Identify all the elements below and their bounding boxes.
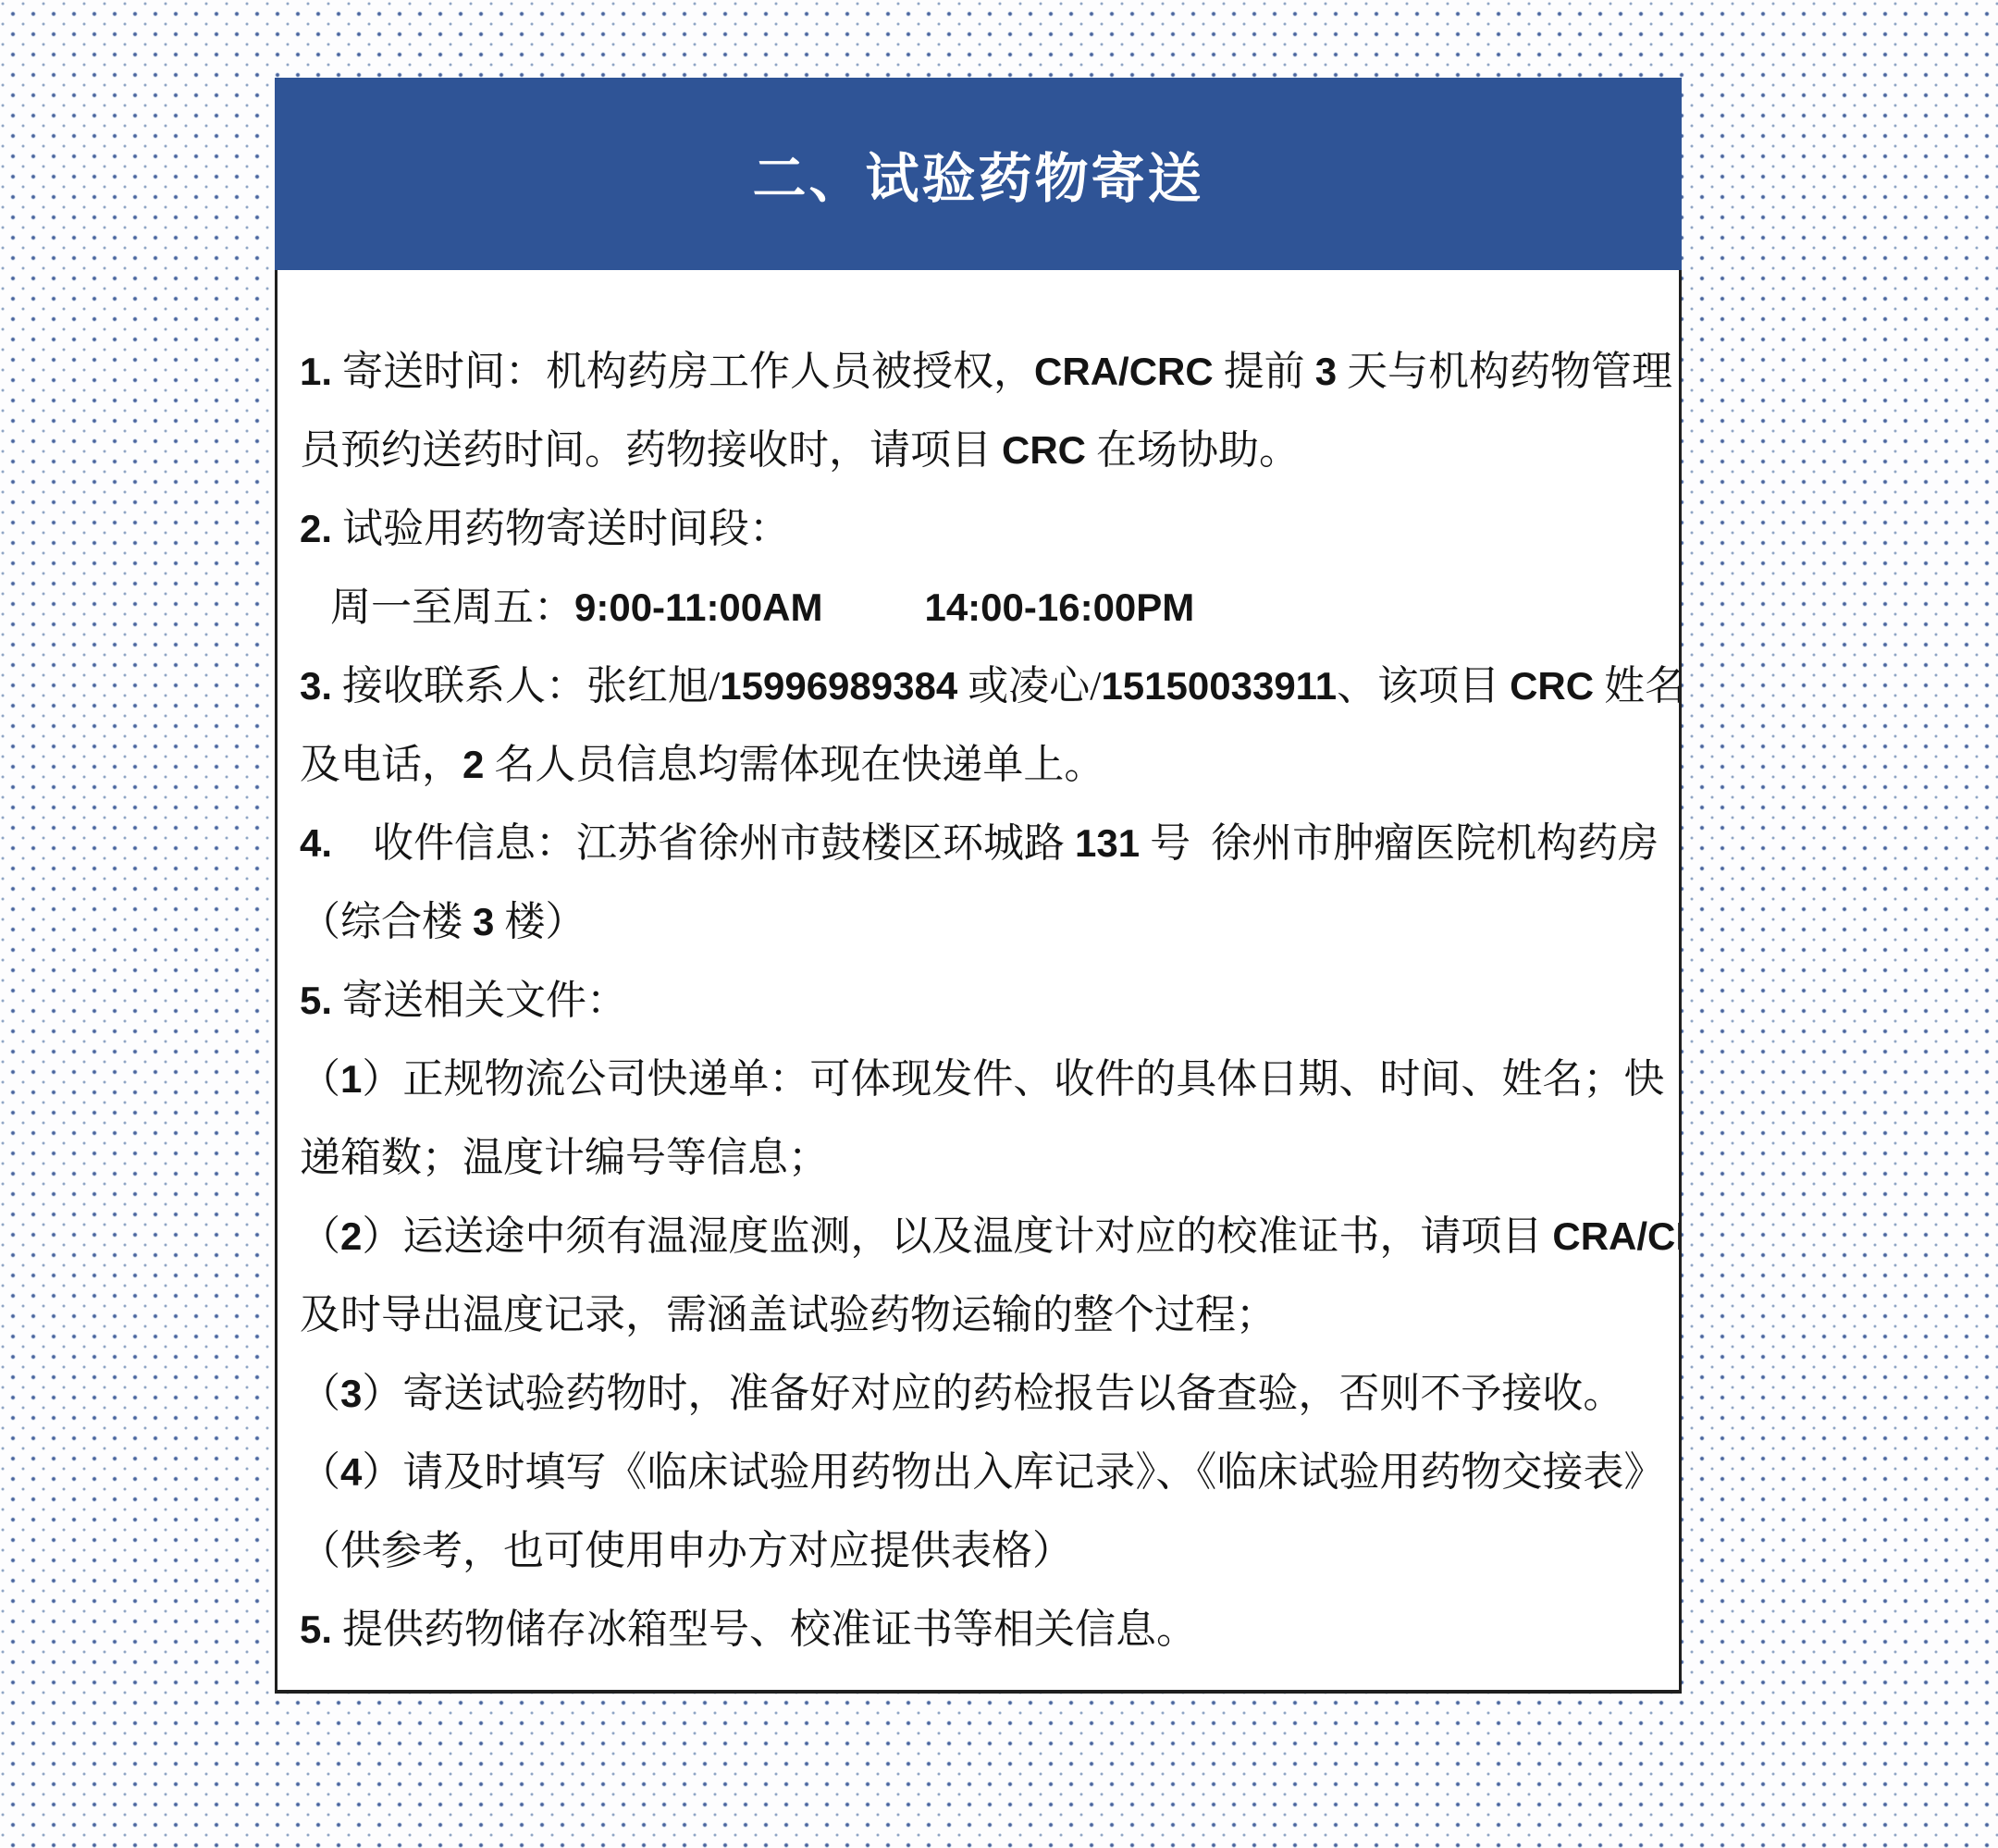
text-line: （综合楼 3 楼） bbox=[300, 882, 1655, 961]
latin-text: 3 bbox=[340, 1372, 362, 1415]
latin-text: 4 bbox=[340, 1450, 362, 1494]
page-title: 二、试验药物寄送 bbox=[752, 135, 1203, 213]
latin-text: 3. bbox=[300, 664, 332, 708]
text-line: 3. 接收联系人：张红旭/15996989384 或凌心/15150033911… bbox=[300, 647, 1655, 725]
text-line: 及时导出温度记录，需涵盖试验药物运输的整个过程； bbox=[300, 1275, 1655, 1354]
latin-text: 4. bbox=[300, 821, 332, 865]
latin-text: 3 bbox=[1315, 350, 1337, 393]
text-line: （供参考，也可使用申办方对应提供表格） bbox=[300, 1511, 1655, 1590]
latin-text: 2. bbox=[300, 507, 332, 550]
text-line: （1）正规物流公司快递单：可体现发件、收件的具体日期、时间、姓名；快 bbox=[300, 1040, 1655, 1118]
text-line: 4. 收件信息：江苏省徐州市鼓楼区环城路 131 号 徐州市肿瘤医院机构药房 bbox=[300, 804, 1655, 882]
text-line: （4）请及时填写《临床试验用药物出入库记录》、《临床试验用药物交接表》 bbox=[300, 1433, 1655, 1511]
latin-text: 2 bbox=[340, 1214, 362, 1258]
text-line: 5. 寄送相关文件： bbox=[300, 961, 1655, 1040]
text-line: 5. 提供药物储存冰箱型号、校准证书等相关信息。 bbox=[300, 1590, 1655, 1669]
text-line: 及电话，2 名人员信息均需体现在快递单上。 bbox=[300, 725, 1655, 804]
dotted-page-background: 二、试验药物寄送 1. 寄送时间：机构药房工作人员被授权，CRA/CRC 提前 … bbox=[0, 0, 1998, 1848]
card-body: 1. 寄送时间：机构药房工作人员被授权，CRA/CRC 提前 3 天与机构药物管… bbox=[275, 270, 1682, 1694]
text-line: 周一至周五：9:00-11:00AM 14:00-16:00PM bbox=[300, 568, 1655, 647]
latin-text: 15150033911 bbox=[1101, 664, 1337, 708]
latin-text: 5. bbox=[300, 979, 332, 1022]
latin-text: 1. bbox=[300, 350, 332, 393]
text-line: 递箱数；温度计编号等信息； bbox=[300, 1118, 1655, 1197]
latin-text: 5. bbox=[300, 1608, 332, 1651]
latin-text: 14:00-16:00PM bbox=[924, 585, 1194, 629]
text-line: （3）寄送试验药物时，准备好对应的药检报告以备查验，否则不予接收。 bbox=[300, 1354, 1655, 1433]
latin-text: CRA/CRC bbox=[1552, 1214, 1682, 1258]
latin-text: CRC bbox=[1002, 428, 1086, 472]
text-line: 2. 试验用药物寄送时间段： bbox=[300, 489, 1655, 568]
latin-text: CRA/CRC bbox=[1034, 350, 1214, 393]
text-line: （2）运送途中须有温湿度监测，以及温度计对应的校准证书，请项目 CRA/CRC bbox=[300, 1197, 1655, 1275]
card-title-bar: 二、试验药物寄送 bbox=[275, 78, 1682, 270]
latin-text: 1 bbox=[340, 1057, 362, 1101]
latin-text: 131 bbox=[1075, 821, 1140, 865]
latin-text: 15996989384 bbox=[720, 664, 957, 708]
text-line: 1. 寄送时间：机构药房工作人员被授权，CRA/CRC 提前 3 天与机构药物管… bbox=[300, 332, 1655, 411]
document-card: 二、试验药物寄送 1. 寄送时间：机构药房工作人员被授权，CRA/CRC 提前 … bbox=[275, 78, 1682, 1694]
text-line: 员预约送药时间。药物接收时，请项目 CRC 在场协助。 bbox=[300, 411, 1655, 489]
latin-text: CRC bbox=[1510, 664, 1594, 708]
latin-text: 9:00-11:00AM bbox=[574, 585, 822, 629]
latin-text: 3 bbox=[473, 900, 494, 943]
latin-text: 2 bbox=[462, 743, 484, 786]
